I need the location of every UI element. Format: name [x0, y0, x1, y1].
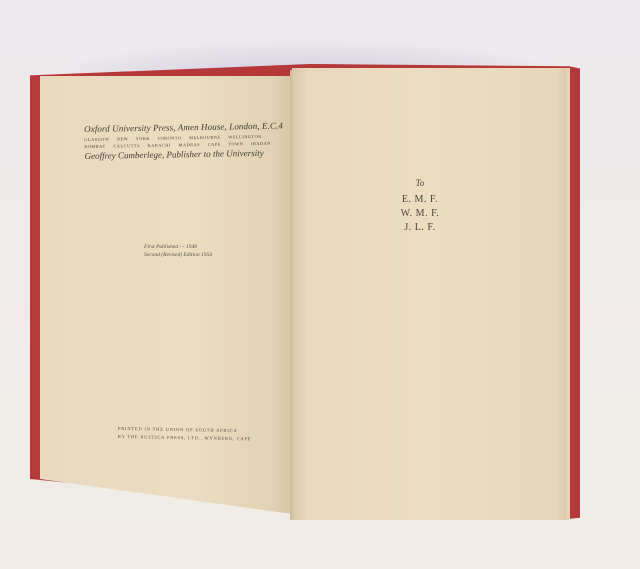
dedication-to: To — [380, 178, 460, 188]
imprint-publisher-address: Oxford University Press, Amen House, Lon… — [84, 121, 284, 134]
page-edges — [566, 68, 570, 520]
dedication-name: E. M. F. — [380, 193, 460, 207]
publication-dates: First Published - - 1948 Second (Revised… — [144, 243, 212, 259]
book-gutter — [290, 70, 294, 520]
printer-notice: Printed in the Union of South Africa by … — [118, 425, 252, 443]
right-page — [292, 68, 568, 520]
publisher-imprint: Oxford University Press, Amen House, Lon… — [84, 121, 285, 161]
first-published: First Published - - 1948 — [144, 243, 212, 251]
dedication-name: J. L. F. — [380, 221, 460, 235]
dedication-name: W. M. F. — [380, 207, 460, 221]
dedication: To E. M. F. W. M. F. J. L. F. — [380, 178, 460, 235]
second-edition: Second (Revised) Edition 1954 — [144, 251, 212, 259]
